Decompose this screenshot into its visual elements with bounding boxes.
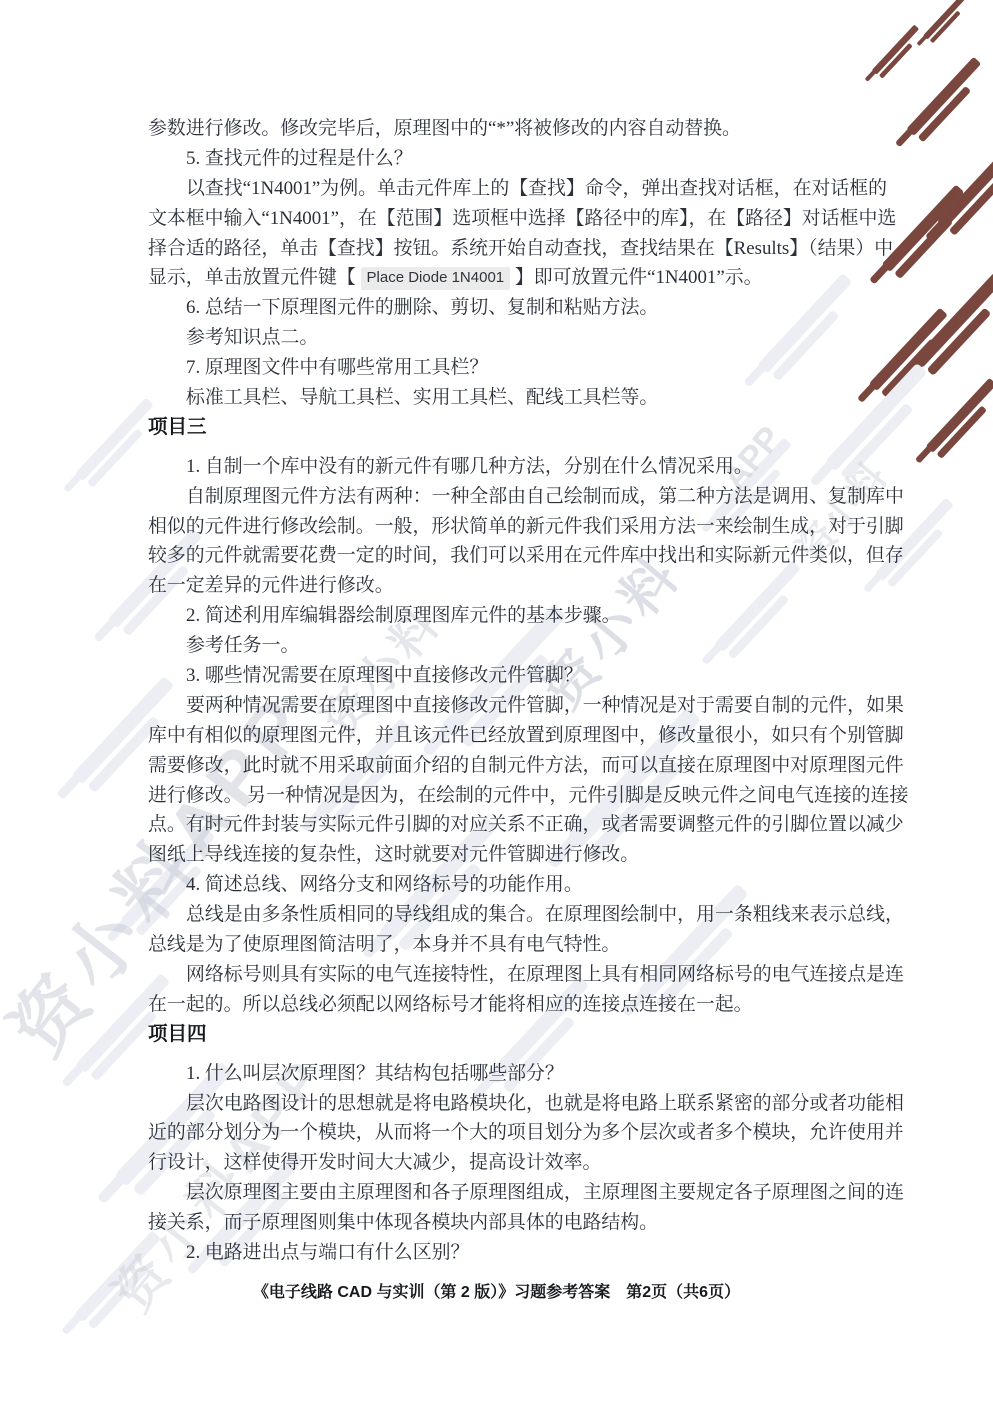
text-line: 3. 哪些情况需要在原理图中直接修改元件管脚？ [148,661,862,691]
text-line: 总线是由多条性质相同的导线组成的集合。在原理图绘制中，用一条粗线来表示总线， [148,900,862,930]
text-line: 行设计，这样使得开发时间大大减少，提高设计效率。 [148,1148,862,1178]
text-line: 在一起的。所以总线必须配以网络标号才能将相应的连接点连接在一起。 [148,990,862,1020]
text-line: 参数进行修改。修改完毕后，原理图中的“*”将被修改的内容自动替换。 [148,114,862,144]
text-line: 相似的元件进行修改绘制。一般，形状简单的新元件我们采用方法一来绘制生成，对于引脚 [148,512,862,542]
text-line: 网络标号则具有实际的电气连接特性，在原理图上具有相同网络标号的电气连接点是连 [148,960,862,990]
place-diode-button-image: Place Diode 1N4001 [361,267,511,290]
text-line: 较多的元件就需要花费一定的时间，我们可以采用在元件库中找出和实际新元件类似，但存 [148,541,862,571]
text-line: 要两种情况需要在原理图中直接修改元件管脚，一种情况是对于需要自制的元件，如果 [148,691,862,721]
text-line: 图纸上导线连接的复杂性，这时就要对元件管脚进行修改。 [148,840,862,870]
text-line: 参考任务一。 [148,631,862,661]
text-line: 层次电路图设计的思想就是将电路模块化，也就是将电路上联系紧密的部分或者功能相 [148,1089,862,1119]
text-line: 需要修改，此时就不用采取前面介绍的自制元件方法，而可以直接在原理图中对原理图元件 [148,751,862,781]
text-line: 层次原理图主要由主原理图和各子原理图组成，主原理图主要规定各子原理图之间的连 [148,1178,862,1208]
section-heading: 项目三 [148,413,862,443]
text-line: 1. 什么叫层次原理图？其结构包括哪些部分？ [148,1059,862,1089]
page-footer: 《电子线路 CAD 与实训（第 2 版）》习题参考答案 第2页（共6页） [0,1279,993,1302]
text-line: 6. 总结一下原理图元件的删除、剪切、复制和粘贴方法。 [148,293,862,323]
text-segment: 】即可放置元件“1N4001”示。 [510,267,762,288]
text-line: 参考知识点二。 [148,323,862,353]
text-line: 在一定差异的元件进行修改。 [148,571,862,601]
text-line: 进行修改。 另一种情况是因为，在绘制的元件中，元件引脚是反映元件之间电气连接的连… [148,781,862,811]
text-line: 7. 原理图文件中有哪些常用工具栏？ [148,353,862,383]
text-line: 显示，单击放置元件键【 Place Diode 1N4001 】即可放置元件“1… [148,263,862,293]
text-line: 库中有相似的原理图元件，并且该元件已经放置到原理图中，修改量很小，如只有个别管脚 [148,721,862,751]
text-line: 择合适的路径，单击【查找】按钮。系统开始自动查找，查找结果在【Results】（… [148,234,862,264]
text-line: 自制原理图元件方法有两种：一种全部由自己绘制而成，第二种方法是调用、复制库中 [148,482,862,512]
corner-swoosh-logo [857,0,993,464]
text-line: 标准工具栏、导航工具栏、实用工具栏、配线工具栏等。 [148,383,862,413]
text-line: 总线是为了使原理图简洁明了，本身并不具有电气特性。 [148,930,862,960]
text-line: 2. 电路进出点与端口有什么区别？ [148,1238,862,1268]
text-line: 近的部分划分为一个模块，从而将一个大的项目划分为多个层次或者多个模块，允许使用并 [148,1118,862,1148]
text-line: 点。有时元件封装与实际元件引脚的对应关系不正确，或者需要调整元件的引脚位置以减少 [148,810,862,840]
text-line: 5. 查找元件的过程是什么？ [148,144,862,174]
section-heading: 项目四 [148,1020,862,1050]
document-body: 参数进行修改。修改完毕后，原理图中的“*”将被修改的内容自动替换。5. 查找元件… [148,114,862,1268]
text-line: 以查找“1N4001”为例。单击元件库上的【查找】命令，弹出查找对话框，在对话框… [148,174,862,204]
text-line: 4. 简述总线、网络分支和网络标号的功能作用。 [148,870,862,900]
text-line: 接关系，而子原理图则集中体现各模块内部具体的电路结构。 [148,1208,862,1238]
text-line: 2. 简述利用库编辑器绘制原理图库元件的基本步骤。 [148,601,862,631]
text-line: 文本框中输入“1N4001”，在【范围】选项框中选择【路径中的库】，在【路径】对… [148,204,862,234]
text-segment: 显示，单击放置元件键【 [148,267,361,288]
text-line: 1. 自制一个库中没有的新元件有哪几种方法，分别在什么情况采用。 [148,452,862,482]
